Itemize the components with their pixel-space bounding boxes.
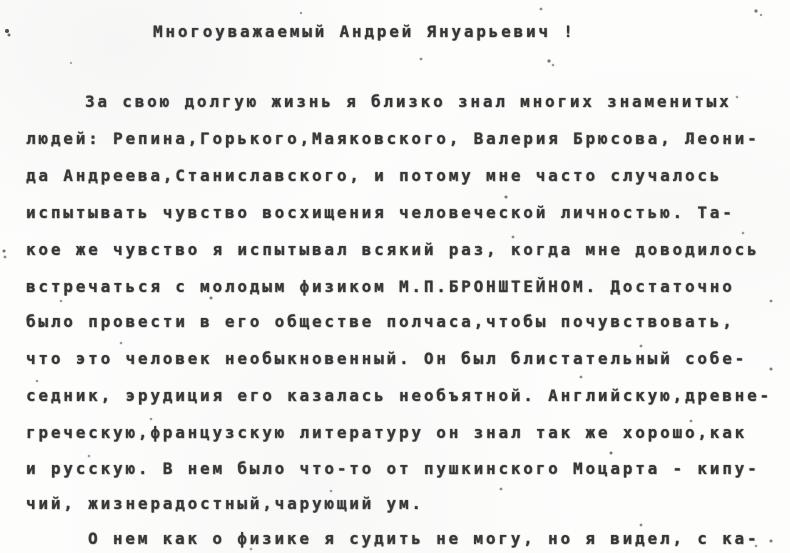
- salutation-line: Многоуважаемый Андрей Януарьевич !: [153, 22, 576, 41]
- letter-line: испытывать чувство восхищения человеческ…: [26, 203, 735, 222]
- letter-line: За свою долгую жизнь я близко знал многи…: [85, 92, 732, 111]
- letter-line: людей: Репина,Горького,Маяковского, Вале…: [26, 129, 760, 148]
- letter-line: что это человек необыкновенный. Он был б…: [26, 349, 747, 368]
- letter-line: чий, жизнерадостный,чарующий ум.: [26, 494, 424, 513]
- letter-line: греческую,французскую литературу он знал…: [26, 423, 747, 442]
- letter-line: кое же чувство я испытывал всякий раз, к…: [26, 240, 760, 259]
- letter-line: О нем как о физике я судить не могу, но …: [88, 529, 759, 548]
- letter-line: было провести в его обществе полчаса,что…: [26, 312, 735, 331]
- scan-noise-speckles: [0, 0, 2, 2]
- letter-line: встречаться с молодым физиком М.П.БРОНШТ…: [26, 277, 735, 296]
- letter-line: седник, эрудиция его казалась необъятной…: [26, 386, 772, 405]
- letter-line: да Андреева,Станиславского, и потому мне…: [26, 166, 722, 185]
- letter-line: и русскую. В нем было что-то от пушкинск…: [26, 459, 760, 478]
- scanned-typewritten-letter-page: Многоуважаемый Андрей Януарьевич ! За св…: [0, 0, 790, 553]
